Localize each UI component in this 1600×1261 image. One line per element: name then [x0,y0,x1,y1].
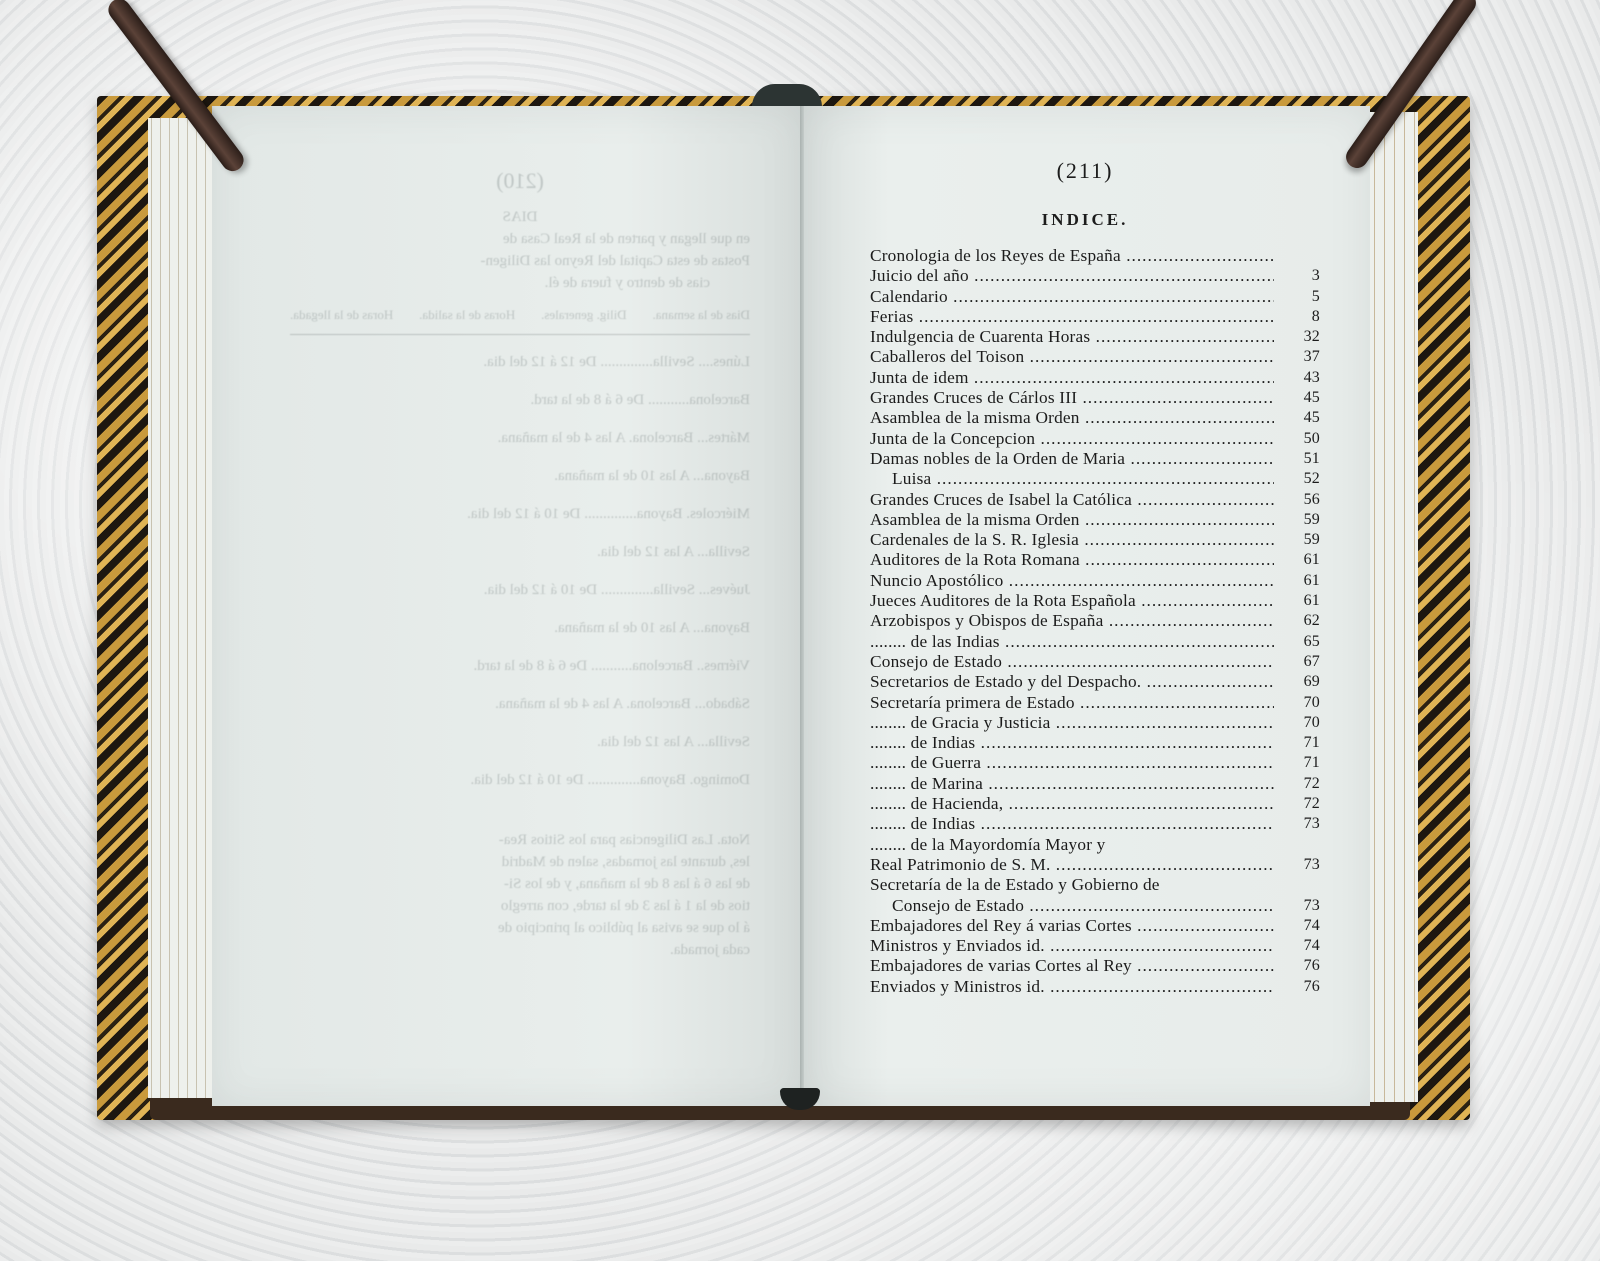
index-entry: Secretaría de la de Estado y Gobierno de [870,875,1320,895]
ghost-heading: DIAS [290,206,750,228]
index-entry-page: 61 [1274,550,1320,570]
ghost-note-line: de las 6 á las 8 de la mañana, y de los … [290,873,750,895]
index-entry-page: 72 [1274,794,1320,814]
ghost-row: Lúnes.... Sevilla.............. De 12 á … [290,343,750,381]
index-entry-label: Embajadores del Rey á varias Cortes [870,916,1274,936]
index-entry-label: Embajadores de varias Cortes al Rey [870,956,1274,976]
ghost-row: Bayona... A las 10 de la mañana. [290,457,750,495]
index-entry: ........ de las Indias65 [870,632,1320,652]
index-entry-page: 61 [1274,591,1320,611]
index-title: INDICE. [850,210,1320,230]
index-entry-label: Juicio del año [870,266,1274,286]
index-entry: Juicio del año3 [870,266,1320,286]
index-entry-page: 56 [1274,490,1320,510]
index-entry-label: Ferias [870,307,1274,327]
page-block-right [1370,112,1418,1102]
index-entry: Ministros y Enviados id.74 [870,936,1320,956]
index-entry-label: Secretaría primera de Estado [870,693,1274,713]
index-entry: Arzobispos y Obispos de España62 [870,611,1320,631]
index-entry-label: Enviados y Ministros id. [870,977,1274,997]
index-entry: Embajadores del Rey á varias Cortes74 [870,916,1320,936]
index-entry-label: Luisa [870,469,1274,489]
index-entry-label: Asamblea de la misma Orden [870,408,1274,428]
index-entry: Consejo de Estado67 [870,652,1320,672]
ghost-note-line: cada jornada. [290,939,750,961]
index-entry-label: Grandes Cruces de Isabel la Católica [870,490,1274,510]
index-entry-label: Ministros y Enviados id. [870,936,1274,956]
index-entry: Cronologia de los Reyes de España [870,246,1320,266]
index-entry: Grandes Cruces de Isabel la Católica56 [870,490,1320,510]
ghost-col: Dias de la semana. [653,304,750,326]
index-entry: Real Patrimonio de S. M.73 [870,855,1320,875]
book-gutter [800,106,804,1106]
index-entry-page: 45 [1274,408,1320,428]
index-entries: Cronologia de los Reyes de EspañaJuicio … [870,246,1320,997]
index-entry-page: 69 [1274,672,1320,692]
index-entry: ........ de Hacienda,72 [870,794,1320,814]
index-entry: Damas nobles de la Orden de Maria51 [870,449,1320,469]
index-entry-page: 73 [1274,814,1320,834]
ghost-note-line: les, durante las jornadas, salen de Madr… [290,851,750,873]
index-entry-page: 76 [1274,956,1320,976]
index-entry-label: ........ de Gracia y Justicia [870,713,1274,733]
index-entry-page: 72 [1274,774,1320,794]
index-entry-label: Junta de idem [870,368,1274,388]
ghost-intro-line: en que llegan y parten de la Real Casa d… [290,228,750,250]
index-entry-page: 70 [1274,713,1320,733]
index-entry: Consejo de Estado73 [870,896,1320,916]
index-entry-page: 52 [1274,469,1320,489]
ghost-row: Barcelona........... De 6 á 8 de la tard… [290,381,750,419]
index-entry: Calendario5 [870,287,1320,307]
index-entry-label: Real Patrimonio de S. M. [870,855,1274,875]
ghost-row: Mártes... Barcelona. A las 4 de la mañan… [290,419,750,457]
index-entry: ........ de Indias71 [870,733,1320,753]
ghost-row: Juéves... Sevilla.............. De 10 á … [290,571,750,609]
index-entry-label: Cardenales de la S. R. Iglesia [870,530,1274,550]
ghost-note-line: á lo que se avisa al público al principi… [290,917,750,939]
index-entry: Ferias8 [870,307,1320,327]
index-entry: ........ de Marina72 [870,774,1320,794]
ghost-page-number: (210) [290,170,750,192]
index-entry: Auditores de la Rota Romana61 [870,550,1320,570]
index-entry-page: 73 [1274,896,1320,916]
index-entry: Luisa52 [870,469,1320,489]
index-entry: Indulgencia de Cuarenta Horas32 [870,327,1320,347]
index-entry-label: Secretaría de la de Estado y Gobierno de [870,875,1274,895]
index-entry: ........ de Gracia y Justicia70 [870,713,1320,733]
index-entry-label: ........ de Guerra [870,753,1274,773]
index-entry-page: 73 [1274,855,1320,875]
ghost-rule [290,334,750,335]
index-entry-label: Jueces Auditores de la Rota Española [870,591,1274,611]
index-entry-page: 59 [1274,510,1320,530]
ghost-note-line: Nota. Las Diligencias para los Sitios Re… [290,829,750,851]
index-entry: ........ de Guerra71 [870,753,1320,773]
index-entry: Caballeros del Toison37 [870,347,1320,367]
index-entry-page: 8 [1274,307,1320,327]
index-entry-label: Cronologia de los Reyes de España [870,246,1274,266]
ghost-col: Horas de la llegada. [290,304,393,326]
ghost-intro-line: cias de dentro y fuera de él. [290,272,750,294]
left-page-show-through: (210) DIAS en que llegan y parten de la … [290,170,750,1030]
ghost-row: Viérnes.. Barcelona........... De 6 á 8 … [290,647,750,685]
index-page-content: (211) INDICE. Cronologia de los Reyes de… [870,158,1320,997]
ghost-row: Sevilla... A las 12 del dia. [290,533,750,571]
index-entry-page: 74 [1274,936,1320,956]
index-entry: Secretarios de Estado y del Despacho.69 [870,672,1320,692]
index-entry-label: ........ de Marina [870,774,1274,794]
index-entry-label: Consejo de Estado [870,652,1274,672]
ghost-row: Bayona... A las 10 de la mañana. [290,609,750,647]
ghost-note-line: tios de la 1 á las 3 de la tarde, con ar… [290,895,750,917]
index-entry: Secretaría primera de Estado70 [870,693,1320,713]
ghost-row: Sábado... Barcelona. A las 4 de la mañan… [290,685,750,723]
ghost-row: Miércoles. Bayona.............. De 10 á … [290,495,750,533]
ghost-column-headers: Dias de la semana. Dilig. generales. Hor… [290,304,750,326]
ghost-col: Dilig. generales. [541,304,627,326]
index-entry-label: ........ de la Mayordomía Mayor y [870,835,1274,855]
ghost-row: Domingo. Bayona.............. De 10 á 12… [290,761,750,799]
index-entry: Cardenales de la S. R. Iglesia59 [870,530,1320,550]
page-number: (211) [850,158,1320,184]
index-entry: Asamblea de la misma Orden45 [870,408,1320,428]
index-entry: Embajadores de varias Cortes al Rey76 [870,956,1320,976]
index-entry-label: ........ de Indias [870,814,1274,834]
index-entry-label: ........ de Indias [870,733,1274,753]
index-entry-label: Asamblea de la misma Orden [870,510,1274,530]
index-entry-page: 71 [1274,753,1320,773]
index-entry-page: 62 [1274,611,1320,631]
index-entry: Junta de idem43 [870,368,1320,388]
index-entry-page: 37 [1274,347,1320,367]
ghost-row: Sevilla... A las 12 del dia. [290,723,750,761]
index-entry-page: 71 [1274,733,1320,753]
index-entry: Grandes Cruces de Cárlos III45 [870,388,1320,408]
index-entry-page: 51 [1274,449,1320,469]
index-entry-label: Indulgencia de Cuarenta Horas [870,327,1274,347]
index-entry-label: Auditores de la Rota Romana [870,550,1274,570]
index-entry: ........ de Indias73 [870,814,1320,834]
index-entry: ........ de la Mayordomía Mayor y [870,835,1320,855]
ghost-col: Horas de la salida. [419,304,515,326]
index-entry-label: Secretarios de Estado y del Despacho. [870,672,1274,692]
index-entry: Asamblea de la misma Orden59 [870,510,1320,530]
index-entry-label: ........ de Hacienda, [870,794,1274,814]
index-entry-label: Grandes Cruces de Cárlos III [870,388,1274,408]
index-entry-page: 76 [1274,977,1320,997]
index-entry: Junta de la Concepcion50 [870,429,1320,449]
index-entry: Jueces Auditores de la Rota Española61 [870,591,1320,611]
index-entry: Nuncio Apostólico61 [870,571,1320,591]
index-entry-page: 74 [1274,916,1320,936]
index-entry-page: 59 [1274,530,1320,550]
index-entry-page: 50 [1274,429,1320,449]
index-entry-page: 70 [1274,693,1320,713]
index-entry-page: 45 [1274,388,1320,408]
index-entry-label: Damas nobles de la Orden de Maria [870,449,1274,469]
index-entry-label: Junta de la Concepcion [870,429,1274,449]
index-entry-label: ........ de las Indias [870,632,1274,652]
index-entry-page: 65 [1274,632,1320,652]
ghost-intro-line: Postas de esta Capital del Reyno las Dil… [290,250,750,272]
index-entry-page: 61 [1274,571,1320,591]
index-entry-label: Arzobispos y Obispos de España [870,611,1274,631]
index-entry: Enviados y Ministros id.76 [870,977,1320,997]
index-entry-page: 5 [1274,287,1320,307]
index-entry-label: Caballeros del Toison [870,347,1274,367]
index-entry-page: 43 [1274,368,1320,388]
index-entry-label: Calendario [870,287,1274,307]
index-entry-page: 32 [1274,327,1320,347]
index-entry-label: Nuncio Apostólico [870,571,1274,591]
index-entry-label: Consejo de Estado [870,896,1274,916]
index-entry-page: 3 [1274,266,1320,286]
index-entry-page: 67 [1274,652,1320,672]
